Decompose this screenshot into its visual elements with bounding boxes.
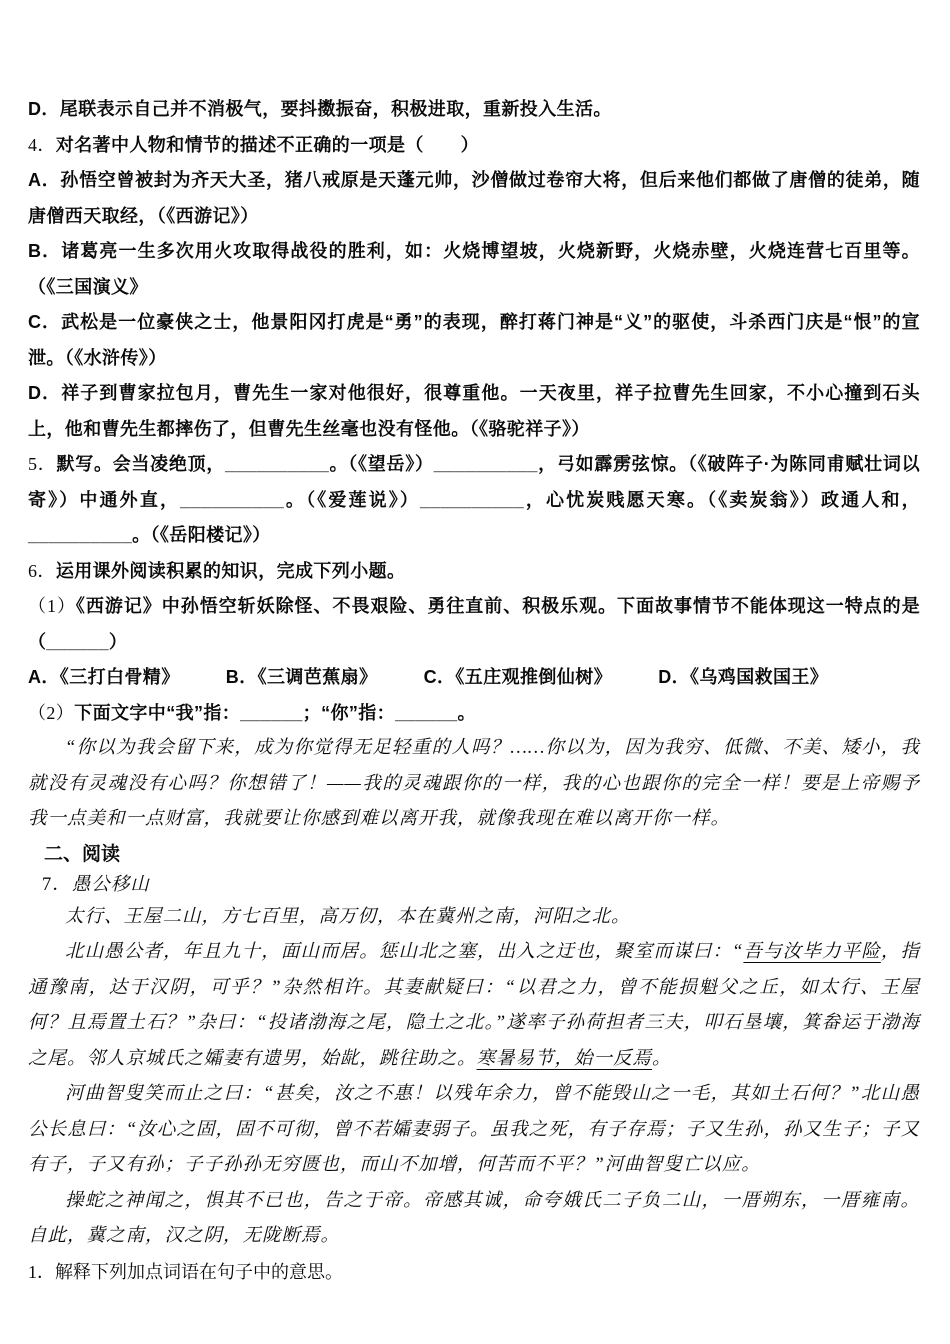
q6-sub1-options: A．《三打白骨精》 B．《三调芭蕉扇》 C．《五庄观推倒仙树》 D．《乌鸡国救国… — [28, 660, 920, 696]
q6-quote-paragraph: “你以为我会留下来，成为你觉得无足轻重的人吗？……你以为，因为我穷、低微、不美、… — [28, 731, 920, 838]
q7-number: 7． — [42, 875, 72, 895]
q4-stem: 4．对名著中人物和情节的描述不正确的一项是（ ） — [28, 128, 920, 164]
q6-sub2-text: 下面文字中“我”指：______；“你”指：______。 — [74, 703, 476, 723]
q7-title: 愚公移山 — [72, 875, 150, 895]
section2-heading: 二、阅读 — [44, 840, 920, 870]
q6-sub2-number: （2） — [28, 703, 74, 723]
q7-sub1: 1．解释下列加点词语在句子中的意思。 — [28, 1255, 920, 1291]
exam-page: D．尾联表示自己并不消极气，要抖擞振奋，积极进取，重新投入生活。 4．对名著中人… — [0, 0, 950, 1344]
q4-option-a: A．孙悟空曾被封为齐天大圣，猪八戒原是天蓬元帅，沙僧做过卷帘大将，但后来他们都做… — [28, 163, 920, 234]
q7-p2-segment: 。 — [652, 1049, 672, 1069]
q4-option-d: D．祥子到曹家拉包月，曹先生一家对他很好，很尊重他。一天夜里，祥子拉曹先生回家，… — [28, 376, 920, 447]
q7-sub1-text: 解释下列加点词语在句子中的意思。 — [55, 1262, 343, 1282]
q5-dictation: 5．默写。会当凌绝顶，__________。（《望岳》）__________，弓… — [28, 447, 920, 554]
q6-sub2: （2）下面文字中“我”指：______；“你”指：______。 — [28, 696, 920, 732]
q7-paragraph-4: 操蛇之神闻之，惧其不已也，告之于帝。帝感其诚，命夸娥氏二子负二山，一厝朔东，一厝… — [28, 1184, 920, 1255]
q7-sub1-number: 1． — [28, 1262, 55, 1282]
q4-option-c: C．武松是一位豪侠之士，他景阳冈打虎是“勇”的表现，醉打蒋门神是“义”的驱使，斗… — [28, 305, 920, 376]
q5-number: 5． — [28, 454, 56, 474]
q7-title-line: 7．愚公移山 — [42, 870, 920, 900]
q6-sub1-text: 《西游记》中孙悟空斩妖除怪、不畏艰险、勇往直前、积极乐观。下面故事情节不能体现这… — [28, 596, 920, 652]
q6-number: 6． — [28, 561, 56, 581]
q6-sub1: （1）《西游记》中孙悟空斩妖除怪、不畏艰险、勇往直前、积极乐观。下面故事情节不能… — [28, 589, 920, 660]
q6-sub1-number: （1） — [28, 596, 76, 616]
q4-option-b: B．诸葛亮一生多次用火攻取得战役的胜利，如：火烧博望坡，火烧新野，火烧赤壁，火烧… — [28, 234, 920, 305]
q4-number: 4． — [28, 135, 56, 155]
q7-p2-underlined-sentence-1: 吾与汝毕力平险 — [743, 942, 880, 962]
q7-paragraph-2: 北山愚公者，年且九十，面山而居。惩山北之塞，出入之迂也，聚室而谋曰：“吾与汝毕力… — [28, 935, 920, 1077]
q7-p2-underlined-sentence-2: 寒暑易节，始一反焉 — [477, 1049, 653, 1069]
q6-stem: 6．运用课外阅读积累的知识，完成下列小题。 — [28, 554, 920, 590]
q4-stem-text: 对名著中人物和情节的描述不正确的一项是（ ） — [56, 135, 479, 155]
q7-paragraph-1: 太行、王屋二山，方七百里，高万仞，本在冀州之南，河阳之北。 — [28, 900, 920, 936]
q7-p2-segment: 北山愚公者，年且九十，面山而居。惩山北之塞，出入之迂也，聚室而谋曰：“ — [65, 942, 743, 962]
q7-paragraph-3: 河曲智叟笑而止之曰：“甚矣，汝之不惠！以残年余力，曾不能毁山之一毛，其如土石何？… — [28, 1077, 920, 1184]
q3-option-d: D．尾联表示自己并不消极气，要抖擞振奋，积极进取，重新投入生活。 — [28, 92, 920, 128]
q5-text: 默写。会当凌绝顶，__________。（《望岳》）__________，弓如霹… — [28, 454, 920, 545]
q6-stem-text: 运用课外阅读积累的知识，完成下列小题。 — [56, 561, 406, 581]
